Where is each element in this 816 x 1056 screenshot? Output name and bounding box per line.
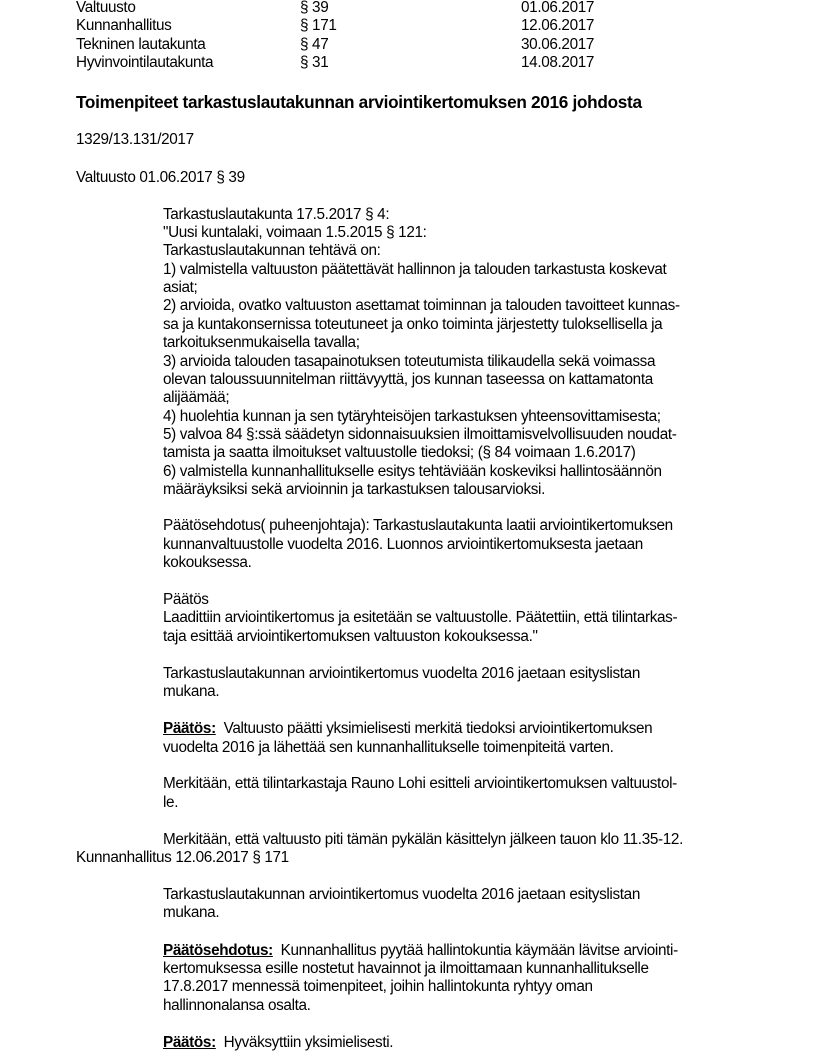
quote-line: sa ja kuntakonsernissa toteutuneet ja on…	[163, 316, 662, 334]
document-title: Toimenpiteet tarkastuslautakunnan arvioi…	[76, 92, 642, 113]
table-cell-section: § 171	[300, 17, 337, 35]
text-line: taja esittää arviointikertomuksen valtuu…	[163, 628, 538, 646]
quote-line: olevan taloussuunnitelman riittävyyttä, …	[163, 371, 653, 389]
text-line: le.	[163, 794, 178, 812]
table-cell-section: § 39	[300, 0, 328, 17]
decision-label: Päätös:	[163, 1034, 216, 1051]
text-line: mukana.	[163, 904, 219, 922]
quote-line: tamista ja saatta ilmoitukset valtuustol…	[163, 444, 636, 462]
text-line: Tarkastuslautakunnan arviointikertomus v…	[163, 665, 640, 683]
quote-line: 1) valmistella valtuuston päätettävät ha…	[163, 261, 666, 279]
text-line: Valtuusto päätti yksimielisesti merkitä …	[224, 720, 653, 737]
quote-line: 4) huolehtia kunnan ja sen tytäryhteisöj…	[163, 408, 661, 426]
proposal-label: Päätösehdotus:	[163, 942, 273, 959]
table-cell-date: 30.06.2017	[521, 36, 594, 54]
quote-line: Tarkastuslautakunta 17.5.2017 § 4:	[163, 206, 389, 224]
table-cell-body: Kunnanhallitus	[76, 17, 171, 35]
quote-line: 6) valmistella kunnanhallitukselle esity…	[163, 463, 662, 481]
text-line: Tarkastuslautakunnan arviointikertomus v…	[163, 886, 640, 904]
quote-line: tarkoituksenmukaisella tavalla;	[163, 334, 360, 352]
table-cell-section: § 31	[300, 54, 328, 72]
quote-line: asiat;	[163, 279, 197, 297]
table-cell-body: Valtuusto	[76, 0, 136, 17]
text-line: 17.8.2017 mennessä toimenpiteet, joihin …	[163, 978, 593, 996]
text-line: kertomuksessa esille nostetut havainnot …	[163, 960, 649, 978]
text-line: vuodelta 2016 ja lähettää sen kunnanhall…	[163, 739, 614, 757]
text-line: Kunnanhallitus pyytää hallintokuntia käy…	[281, 942, 678, 959]
text-line: mukana.	[163, 683, 219, 701]
text-line: Hyväksyttiin yksimielisesti.	[224, 1034, 394, 1051]
table-cell-date: 01.06.2017	[521, 0, 594, 17]
text-line: kokouksessa.	[163, 554, 251, 572]
text-line: kunnanvaltuustolle vuodelta 2016. Luonno…	[163, 536, 643, 554]
quote-line: 2) arvioida, ovatko valtuuston asettamat…	[163, 297, 680, 315]
table-cell-body: Tekninen lautakunta	[76, 36, 205, 54]
quote-line: määräyksiksi sekä arvioinnin ja tarkastu…	[163, 481, 545, 499]
text-line: Merkitään, että tilintarkastaja Rauno Lo…	[163, 775, 677, 793]
quote-line: "Uusi kuntalaki, voimaan 1.5.2015 § 121:	[163, 224, 427, 242]
kunnanhallitus-heading: Kunnanhallitus 12.06.2017 § 171	[76, 849, 289, 867]
decision-heading: Päätös	[163, 591, 209, 609]
table-cell-body: Hyvinvointilautakunta	[76, 54, 213, 72]
note-break: Merkitään, että valtuusto piti tämän pyk…	[163, 831, 683, 849]
quote-line: 5) valvoa 84 §:ssä säädetyn sidonnaisuuk…	[163, 426, 677, 444]
text-line: Päätösehdotus( puheenjohtaja): Tarkastus…	[163, 517, 673, 535]
decision-label: Päätös:	[163, 720, 216, 737]
text-line: Laadittiin arviointikertomus ja esitetää…	[163, 609, 677, 627]
table-cell-section: § 47	[300, 36, 328, 54]
table-cell-date: 14.08.2017	[521, 54, 594, 72]
diary-number: 1329/13.131/2017	[76, 131, 194, 149]
quote-line: 3) arvioida talouden tasapainotuksen tot…	[163, 353, 655, 371]
table-cell-date: 12.06.2017	[521, 17, 594, 35]
text-line: hallinnonalansa osalta.	[163, 997, 311, 1015]
quote-line: alijäämää;	[163, 389, 229, 407]
quote-line: Tarkastuslautakunnan tehtävä on:	[163, 242, 381, 260]
valtuusto-heading: Valtuusto 01.06.2017 § 39	[76, 169, 245, 187]
